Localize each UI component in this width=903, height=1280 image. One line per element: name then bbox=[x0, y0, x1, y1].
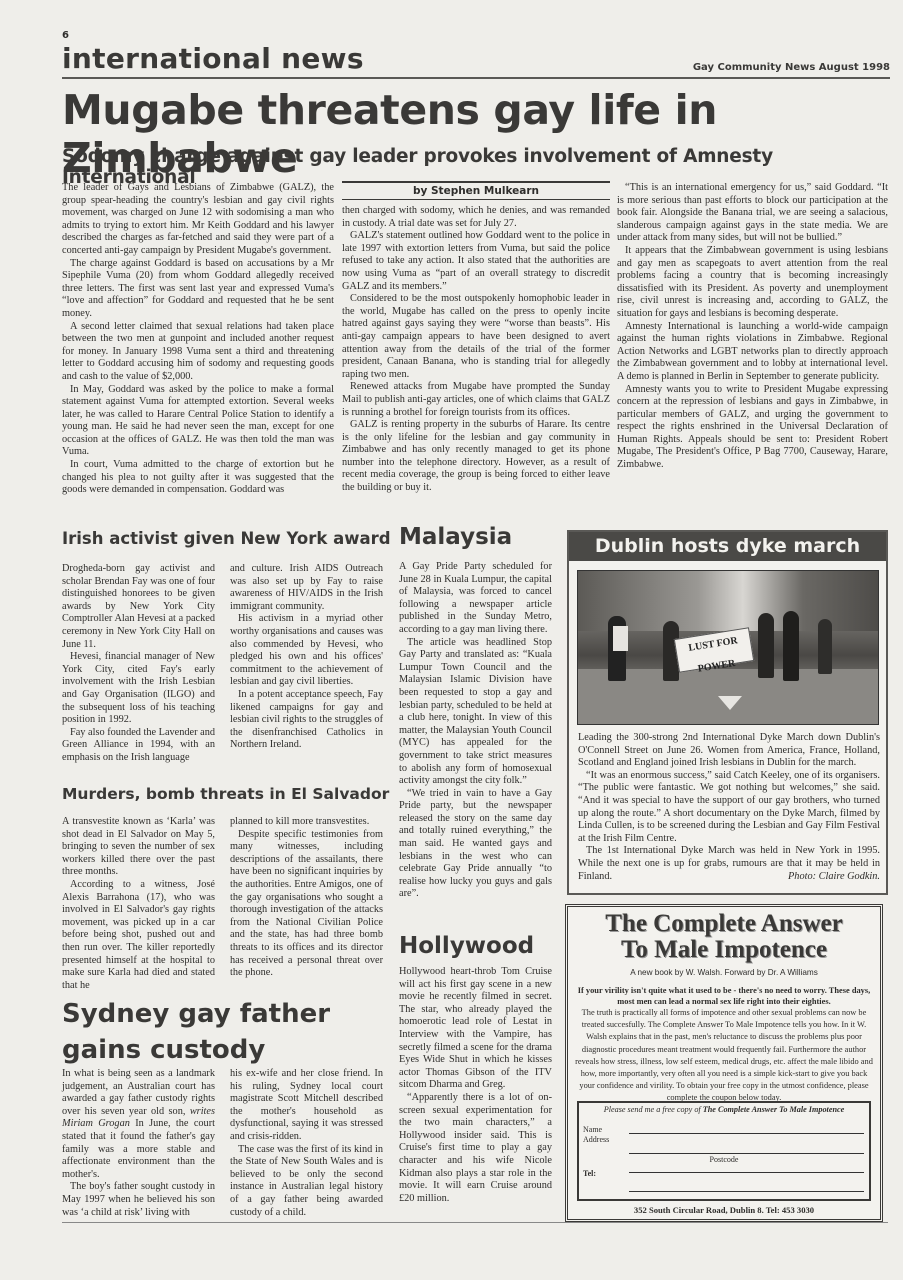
sydney-headline-line1: Sydney gay father bbox=[62, 996, 330, 1032]
banner: LUST FOR POWER bbox=[674, 627, 754, 672]
paragraph: The case was the first of its kind in th… bbox=[230, 1144, 383, 1220]
paragraph: Despite specific testimonies from many w… bbox=[230, 829, 383, 980]
lead-col-3: “This is an international emergency for … bbox=[617, 182, 888, 472]
masthead: Gay Community News August 1998 bbox=[693, 62, 890, 73]
paragraph: A second letter claimed that sexual rela… bbox=[62, 321, 334, 384]
paragraph: The boy's father sought custody in May 1… bbox=[62, 1181, 215, 1219]
sydney-headline-line2: gains custody bbox=[62, 1032, 330, 1068]
page-number: 6 bbox=[62, 30, 69, 41]
paragraph: “We tried in vain to have a Gay Pride pa… bbox=[399, 788, 552, 901]
salvador-col-1: A transvestite known as ‘Karla’ was shot… bbox=[62, 816, 215, 992]
sydney-col-1: In what is being seen as a landmark judg… bbox=[62, 1068, 215, 1219]
paragraph: It appears that the Zimbabwean governmen… bbox=[617, 245, 888, 321]
paragraph: “This is an international emergency for … bbox=[617, 182, 888, 245]
dublin-body: Leading the 300-strong 2nd International… bbox=[578, 732, 880, 883]
paragraph: In court, Vuma admitted to the charge of… bbox=[62, 459, 334, 497]
march-photo: LUST FOR POWER bbox=[577, 570, 879, 725]
paragraph: planned to kill more transvestites. bbox=[230, 816, 383, 829]
ad-title: The Complete Answer To Male Impotence bbox=[568, 911, 880, 963]
coupon[interactable]: Please send me a free copy of The Comple… bbox=[577, 1101, 871, 1201]
paragraph: GALZ is renting property in the suburbs … bbox=[342, 419, 610, 495]
photo-credit: Photo: Claire Godkin. bbox=[578, 871, 880, 884]
impotence-advert: The Complete Answer To Male Impotence A … bbox=[565, 904, 883, 1222]
ad-lead: If your virility isn't quite what it use… bbox=[574, 986, 874, 1007]
salvador-col-2: planned to kill more transvestites. Desp… bbox=[230, 816, 383, 980]
sydney-col-2: his ex-wife and her close friend. In his… bbox=[230, 1068, 383, 1219]
extra-field[interactable] bbox=[629, 1191, 864, 1192]
salvador-headline: Murders, bomb threats in El Salvador bbox=[62, 785, 389, 803]
section-title: international news bbox=[62, 42, 364, 75]
paragraph: The charge against Goddard is based on a… bbox=[62, 258, 334, 321]
paragraph: Fay also founded the Lavender and Green … bbox=[62, 727, 215, 765]
marcher bbox=[783, 611, 799, 681]
paragraph: Leading the 300-strong 2nd International… bbox=[578, 732, 880, 770]
irish-headline: Irish activist given New York award bbox=[62, 529, 391, 548]
paragraph: According to a witness, José Alexis Barr… bbox=[62, 879, 215, 992]
lead-col-1: The leader of Gays and Lesbians of Zimba… bbox=[62, 182, 334, 497]
hollywood-body: Hollywood heart-throb Tom Cruise will ac… bbox=[399, 966, 552, 1205]
road-arrow-marking bbox=[718, 696, 742, 710]
ad-subtitle: A new book by W. Walsh. Forward by Dr. A… bbox=[568, 968, 880, 977]
paragraph: A transvestite known as ‘Karla’ was shot… bbox=[62, 816, 215, 879]
paragraph: Amnesty wants you to write to President … bbox=[617, 384, 888, 472]
paragraph: Drogheda-born gay activist and scholar B… bbox=[62, 563, 215, 651]
paragraph: “Apparently there is a lot of on-screen … bbox=[399, 1092, 552, 1205]
hollywood-headline: Hollywood bbox=[399, 933, 534, 959]
paragraph: In a potent acceptance speech, Fay liken… bbox=[230, 689, 383, 752]
sydney-headline: Sydney gay father gains custody bbox=[62, 996, 330, 1068]
paragraph: Hevesi, financial manager of New York Ci… bbox=[62, 651, 215, 727]
paragraph: In May, Goddard was asked by the police … bbox=[62, 384, 334, 460]
paragraph: Amnesty International is launching a wor… bbox=[617, 321, 888, 384]
coupon-title: Please send me a free copy of The Comple… bbox=[579, 1105, 869, 1114]
name-field[interactable] bbox=[629, 1133, 864, 1134]
dublin-headline: Dublin hosts dyke march bbox=[569, 532, 886, 561]
paragraph: In what is being seen as a landmark judg… bbox=[62, 1068, 215, 1181]
marcher bbox=[818, 619, 832, 674]
dublin-feature-box: Dublin hosts dyke march LUST FOR POWER L… bbox=[567, 530, 888, 895]
tel-field[interactable] bbox=[629, 1172, 864, 1173]
paragraph: then charged with sodomy, which he denie… bbox=[342, 205, 610, 230]
paragraph: his ex-wife and her close friend. In his… bbox=[230, 1068, 383, 1144]
tel-label: Tel: bbox=[583, 1169, 596, 1178]
lead-col-2: then charged with sodomy, which he denie… bbox=[342, 205, 610, 495]
malaysia-body: A Gay Pride Party scheduled for June 28 … bbox=[399, 561, 552, 901]
irish-col-1: Drogheda-born gay activist and scholar B… bbox=[62, 563, 215, 765]
paragraph: The leader of Gays and Lesbians of Zimba… bbox=[62, 182, 334, 258]
paragraph: The article was headlined Stop Gay Party… bbox=[399, 637, 552, 788]
byline: by Stephen Mulkearn bbox=[342, 181, 610, 200]
name-label: Name bbox=[583, 1125, 602, 1134]
header-rule bbox=[62, 77, 890, 79]
paragraph: GALZ's statement outlined how Goddard we… bbox=[342, 230, 610, 293]
ad-footer-address: 352 South Circular Road, Dublin 8. Tel: … bbox=[568, 1205, 880, 1215]
malaysia-headline: Malaysia bbox=[399, 524, 512, 550]
irish-col-2: and culture. Irish AIDS Outreach was als… bbox=[230, 563, 383, 752]
paragraph: “It was an enormous success,” said Catch… bbox=[578, 770, 880, 846]
paragraph: A Gay Pride Party scheduled for June 28 … bbox=[399, 561, 552, 637]
postcode-label: Postcode bbox=[579, 1155, 869, 1164]
paragraph: Considered to be the most outspokenly ho… bbox=[342, 293, 610, 381]
paragraph: Renewed attacks from Mugabe have prompte… bbox=[342, 381, 610, 419]
marcher-vest bbox=[613, 626, 628, 651]
paragraph: His activism in a myriad other worthy or… bbox=[230, 613, 383, 689]
ad-text: The truth is practically all forms of im… bbox=[574, 1007, 874, 1105]
address-field[interactable] bbox=[629, 1153, 864, 1154]
bottom-rule bbox=[62, 1222, 888, 1223]
address-label: Address bbox=[583, 1135, 609, 1144]
paragraph: and culture. Irish AIDS Outreach was als… bbox=[230, 563, 383, 613]
marcher bbox=[758, 613, 774, 678]
paragraph: Hollywood heart-throb Tom Cruise will ac… bbox=[399, 966, 552, 1092]
